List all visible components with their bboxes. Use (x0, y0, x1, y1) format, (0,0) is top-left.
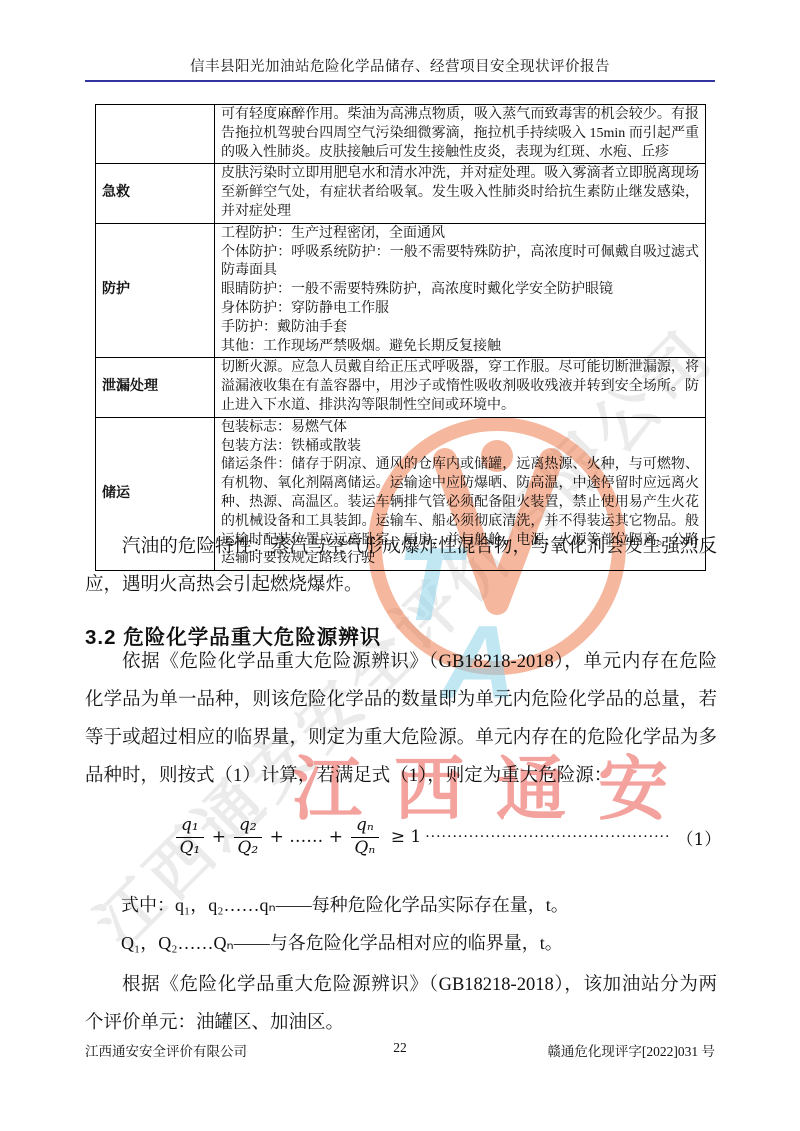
protection-line: 眼睛防护：一般不需要特殊防护，高浓度时戴化学安全防护眼镜 (221, 281, 699, 300)
row-content: 可有轻度麻醉作用。柴油为高沸点物质，吸入蒸气而致毒害的机会较少。有报告拖拉机驾驶… (215, 105, 706, 164)
protection-line: 手防护：戴防油手套 (221, 319, 699, 338)
identification-basis-paragraph: 依据《危险化学品重大危险源辨识》（GB18218-2018），单元内存在危险化学… (85, 643, 717, 795)
footer-doc-number: 赣通危化现评字[2022]031 号 (547, 1040, 715, 1060)
protection-line: 其他：工作现场严禁吸烟。避免长期反复接触 (221, 338, 699, 357)
protection-line: 工程防护：生产过程密闭，全面通风 (221, 225, 699, 244)
report-page: 信丰县阳光加油站危险化学品储存、经营项目安全现状评价报告 可有轻度麻醉作用。柴油… (0, 0, 800, 1131)
document-header-title: 信丰县阳光加油站危险化学品储存、经营项目安全现状评价报告 (85, 55, 715, 76)
table-row-leak-handling: 泄漏处理 切断火源。应急人员戴自给正压式呼吸器，穿工作服。尽可能切断泄漏源，将溢… (96, 358, 706, 417)
protection-line: 个体防护：呼吸系统防护：一般不需要特殊防护，高浓度时可佩戴自吸过滤式防毒面具 (221, 244, 699, 282)
table-row-continuation: 可有轻度麻醉作用。柴油为高沸点物质，吸入蒸气而致毒害的机会较少。有报告拖拉机驾驶… (96, 105, 706, 164)
row-label: 泄漏处理 (96, 358, 215, 417)
storage-line: 包装标志：易燃气体 (221, 419, 699, 438)
fraction-2: q₂ Q₂ (234, 816, 262, 858)
formula-where-line1: 式中：q₁，q₂……qₙ——每种危险化学品实际存在量，t。 (85, 886, 717, 924)
gasoline-hazard-paragraph: 汽油的危险特性：蒸汽与空气形成爆炸性混合物，与氧化剂会发生强烈反应，遇明火高热会… (85, 528, 717, 604)
chemical-safety-table: 可有轻度麻醉作用。柴油为高沸点物质，吸入蒸气而致毒害的机会较少。有报告拖拉机驾驶… (95, 104, 706, 571)
dot-leader: ········································… (425, 829, 670, 845)
row-content: 切断火源。应急人员戴自给正压式呼吸器，穿工作服。尽可能切断泄漏源，将溢漏液收集在… (215, 358, 706, 417)
table-row-first-aid: 急救 皮肤污染时立即用肥皂水和清水冲洗，并对症处理。吸入雾滴者立即脱离现场至新鲜… (96, 164, 706, 223)
formula-where-line2: Q₁，Q₂……Qₙ——与各危险化学品相对应的临界量，t。 (85, 924, 717, 962)
fraction-1: q₁ Q₁ (176, 816, 204, 858)
equation-number: （1） (676, 825, 721, 850)
row-content: 皮肤污染时立即用肥皂水和清水冲洗，并对症处理。吸入雾滴者立即脱离现场至新鲜空气处… (215, 164, 706, 223)
conclusion-paragraph: 根据《危险化学品重大危险源辨识》（GB18218-2018），该加油站分为两个评… (85, 966, 717, 1042)
row-label (96, 105, 215, 164)
table-row-protection: 防护 工程防护：生产过程密闭，全面通风 个体防护：呼吸系统防护：一般不需要特殊防… (96, 223, 706, 358)
header-divider (85, 80, 715, 82)
storage-line: 包装方法：铁桶或散装 (221, 438, 699, 457)
protection-line: 身体防护：穿防静电工作服 (221, 300, 699, 319)
row-label: 防护 (96, 223, 215, 358)
relation-symbol: ≥ 1 (391, 827, 421, 847)
row-label: 急救 (96, 164, 215, 223)
major-hazard-formula: q₁ Q₁ + q₂ Q₂ + …… + qₙ Qₙ ≥ 1 ·········… (172, 816, 721, 858)
row-content: 工程防护：生产过程密闭，全面通风 个体防护：呼吸系统防护：一般不需要特殊防护，高… (215, 223, 706, 358)
ellipsis-operator: + …… + (270, 827, 343, 847)
fraction-n: qₙ Qₙ (351, 816, 379, 858)
plus-operator: + (212, 827, 226, 847)
